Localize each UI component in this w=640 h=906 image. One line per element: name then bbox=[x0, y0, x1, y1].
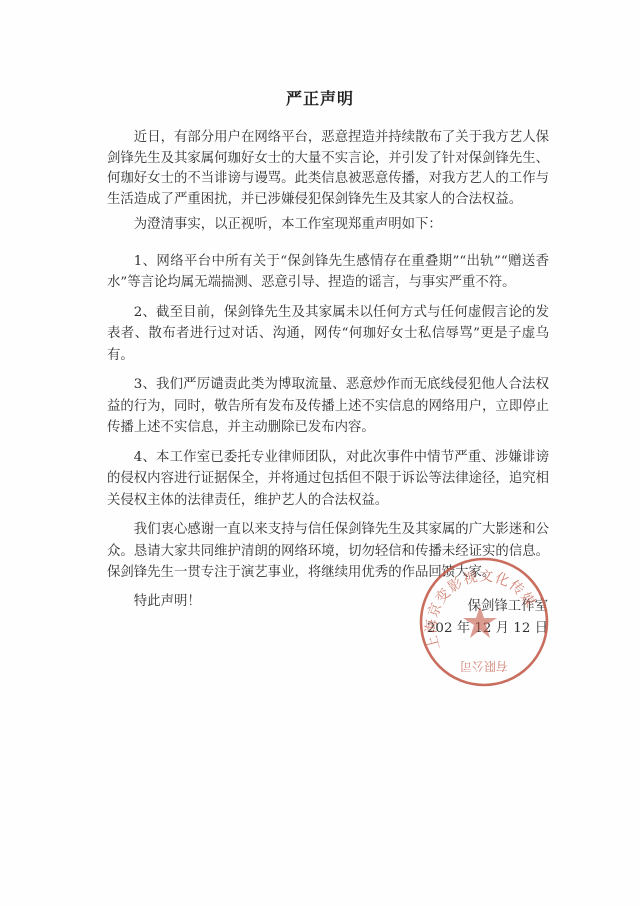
statement-item-4: 4、本工作室已委托专业律师团队，对此次事件中情节严重、涉嫌诽谤的侵权内容进行证据… bbox=[107, 447, 549, 512]
signature-date: 202 年 12 月 12 日 bbox=[427, 618, 548, 640]
document-title: 严正声明 bbox=[0, 86, 640, 109]
statement-item-3: 3、我们严厉谴责此类为博取流量、恶意炒作而无底线侵犯他人合法权益的行为，同时，敬… bbox=[107, 374, 549, 439]
signature-name: 保剑锋工作室 bbox=[427, 596, 548, 618]
svg-text:有限公司: 有限公司 bbox=[460, 659, 508, 673]
statement-lead-paragraph: 为澄清事实，以正视听，本工作室现郑重声明如下： bbox=[107, 215, 549, 236]
intro-paragraph: 近日，有部分用户在网络平台，恶意捏造并持续散布了关于我方艺人保剑锋先生及其家属何… bbox=[107, 128, 549, 210]
signature-block: 保剑锋工作室 202 年 12 月 12 日 bbox=[427, 596, 548, 640]
document-page: 严正声明 近日，有部分用户在网络平台，恶意捏造并持续散布了关于我方艺人保剑锋先生… bbox=[0, 0, 640, 906]
thanks-paragraph: 我们衷心感谢一直以来支持与信任保剑锋先生及其家属的广大影迷和公众。恳请大家共同维… bbox=[107, 519, 549, 584]
statement-item-1: 1、网络平台中所有关于“保剑锋先生感情存在重叠期”“出轨”“赠送香水”等言论均属… bbox=[107, 251, 549, 294]
statement-item-2: 2、截至目前，保剑锋先生及其家属未以任何方式与任何虚假言论的发表者、散布者进行过… bbox=[107, 302, 549, 367]
document-body: 近日，有部分用户在网络平台，恶意捏造并持续散布了关于我方艺人保剑锋先生及其家属何… bbox=[107, 128, 549, 619]
